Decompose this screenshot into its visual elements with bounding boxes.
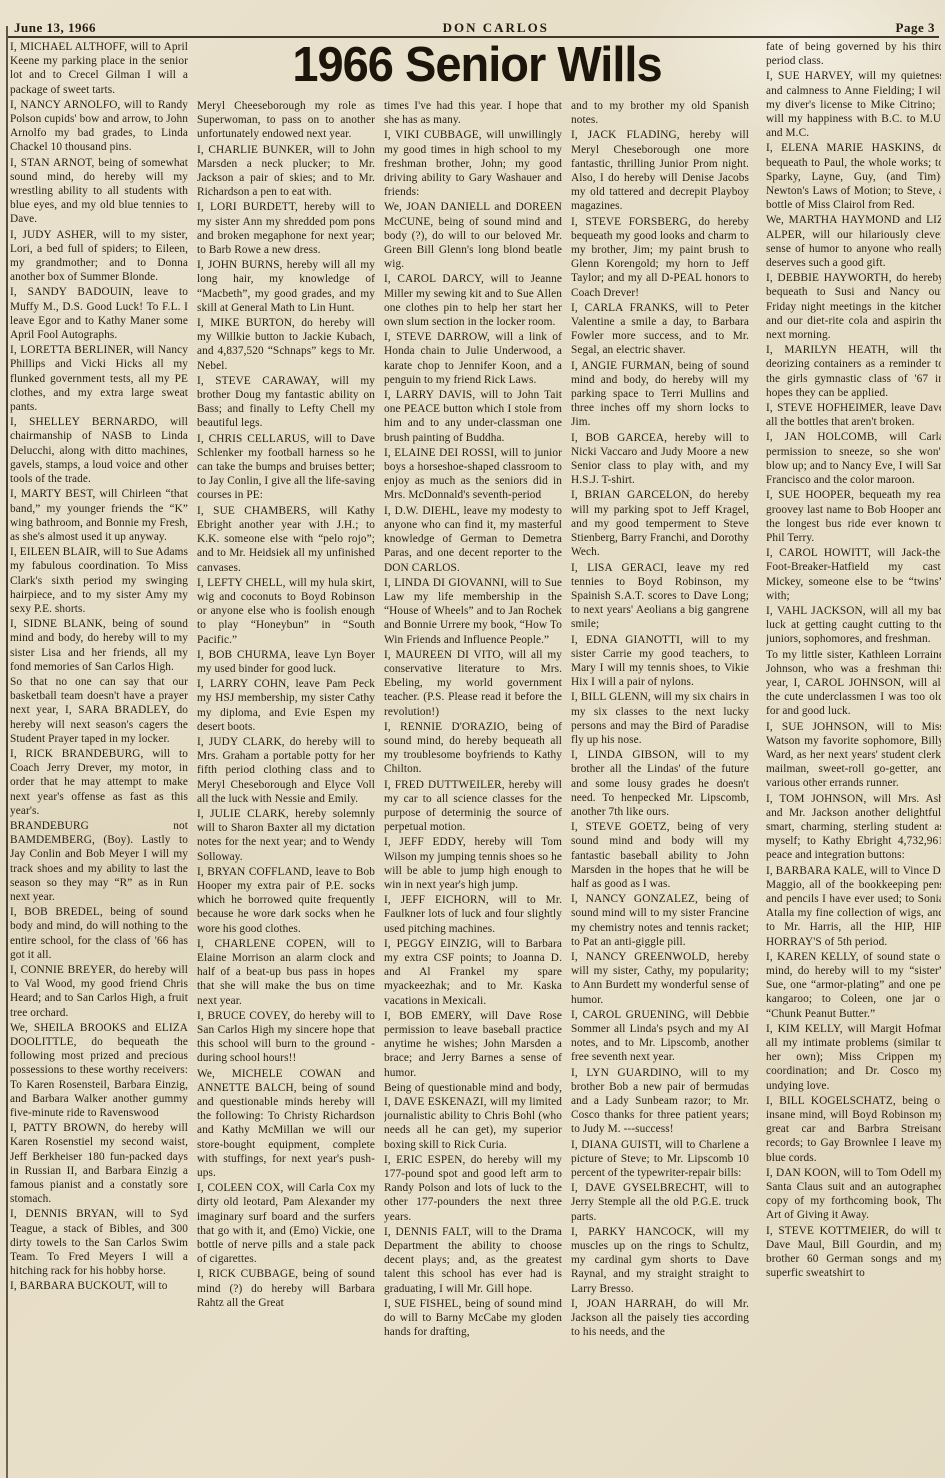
will-paragraph: I, SANDY BADOUIN, leave to Muffy M., D.S…: [10, 285, 188, 342]
will-paragraph: I, JAN HOLCOMB, will Carla permission to…: [766, 430, 941, 487]
will-paragraph: I, STEVE CARAWAY, will my brother Doug m…: [197, 374, 375, 431]
will-paragraph: I, DAVE GYSELBRECHT, will to Jerry Stemp…: [571, 1181, 749, 1224]
will-paragraph: BRANDEBURG not BAMDEMBERG, (Boy). Lastly…: [10, 819, 188, 904]
will-paragraph: I, CARLA FRANKS, will to Peter Valentine…: [571, 301, 749, 358]
will-paragraph: I, STEVE DARROW, will a link of Honda ch…: [384, 330, 562, 387]
will-paragraph: I, SUE HARVEY, will my quietness and cal…: [766, 69, 941, 140]
will-paragraph: I, JOHN BURNS, hereby will all my long h…: [197, 258, 375, 315]
will-paragraph: I, ELAINE DEI ROSSI, will to junior boys…: [384, 446, 562, 503]
will-paragraph: I, EDNA GIANOTTI, will to my sister Carr…: [571, 633, 749, 690]
column-2: Meryl Cheeseborough my role as Superwoma…: [197, 99, 375, 1478]
will-paragraph: I, MARILYN HEATH, will the deorizing con…: [766, 343, 941, 400]
will-paragraph: I, BOB EMERY, will Dave Rose permission …: [384, 1009, 562, 1080]
will-paragraph: I, CAROL DARCY, will to Jeanne Miller my…: [384, 272, 562, 329]
will-paragraph: So that no one can say that our basketba…: [10, 675, 188, 746]
will-paragraph: I, MAUREEN DI VITO, will all my conserva…: [384, 648, 562, 719]
will-paragraph: I, BARBARA KALE, will to Vince Di Maggio…: [766, 864, 941, 949]
will-paragraph: I, PEGGY EINZIG, will to Barbara my extr…: [384, 937, 562, 1008]
will-paragraph: I, CONNIE BREYER, do hereby will to Val …: [10, 963, 188, 1020]
will-paragraph: We, SHEILA BROOKS and ELIZA DOOLITTLE, d…: [10, 1021, 188, 1120]
will-paragraph: We, JOAN DANIELL and DOREEN McCUNE, bein…: [384, 200, 562, 271]
will-paragraph: I, CAROL HOWITT, will Jack-the-Foot-Brea…: [766, 546, 941, 603]
will-paragraph: I, TOM JOHNSON, will Mrs. Ash and Mr. Ja…: [766, 792, 941, 863]
will-paragraph: I, PARKY HANCOCK, will my muscles up on …: [571, 1225, 749, 1296]
will-paragraph: I, VAHL JACKSON, will all my bad luck at…: [766, 604, 941, 647]
will-paragraph: I, MIKE BURTON, do hereby will my Willki…: [197, 316, 375, 373]
will-paragraph: I, STEVE FORSBERG, do hereby bequeath my…: [571, 215, 749, 300]
will-paragraph: I, STEVE HOFHEIMER, leave Dave all the b…: [766, 401, 941, 429]
column-3: times I've had this year. I hope that sh…: [384, 99, 562, 1478]
will-paragraph: I, DEBBIE HAYWORTH, do hereby bequeath t…: [766, 271, 941, 342]
will-paragraph: I, COLEEN COX, will Carla Cox my dirty o…: [197, 1181, 375, 1266]
newspaper-page: June 13, 1966 DON CARLOS Page 3 I, MICHA…: [0, 0, 945, 1478]
will-paragraph: I, BRYAN COFFLAND, leave to Bob Hooper m…: [197, 865, 375, 936]
will-paragraph: I, SIDNE BLANK, being of sound mind and …: [10, 617, 188, 674]
will-paragraph: I, JEFF EICHORN, will to Mr. Faulkner lo…: [384, 893, 562, 936]
will-paragraph: I, JEFF EDDY, hereby will Tom Wilson my …: [384, 835, 562, 892]
will-paragraph: I, BRIAN GARCELON, do hereby will my par…: [571, 488, 749, 559]
article-body: I, MICHAEL ALTHOFF, will to April Keene …: [10, 40, 941, 1478]
center-columns: Meryl Cheeseborough my role as Superwoma…: [197, 99, 757, 1478]
will-paragraph: I, LORETTA BERLINER, will Nancy Phillips…: [10, 343, 188, 414]
will-paragraph: I, ANGIE FURMAN, being of sound mind and…: [571, 359, 749, 430]
will-paragraph: To my little sister, Kathleen Lorraine J…: [766, 648, 941, 719]
will-paragraph: I, CAROL GRUENING, will Debbie Sommer al…: [571, 1008, 749, 1065]
will-paragraph: Meryl Cheeseborough my role as Superwoma…: [197, 99, 375, 142]
will-paragraph: I, JUDY CLARK, do hereby will to Mrs. Gr…: [197, 735, 375, 806]
will-paragraph: Being of questionable mind and body, I, …: [384, 1081, 562, 1152]
will-paragraph: I, RICK CUBBAGE, being of sound mind (?)…: [197, 1267, 375, 1310]
will-paragraph: I, CHARLIE BUNKER, will to John Marsden …: [197, 143, 375, 200]
will-paragraph: I, KIM KELLY, will Margit Hofman all my …: [766, 1022, 941, 1093]
will-paragraph: I, SHELLEY BERNARDO, will chairmanship o…: [10, 415, 188, 486]
will-paragraph: I, SUE JOHNSON, will to Miss Watson my f…: [766, 720, 941, 791]
will-paragraph: I, LARRY COHN, leave Pam Peck my HSJ mem…: [197, 677, 375, 734]
will-paragraph: I, JUDY ASHER, will to my sister, Lori, …: [10, 228, 188, 285]
will-paragraph: I, RICK BRANDEBURG, will to Coach Jerry …: [10, 747, 188, 818]
will-paragraph: I, SUE HOOPER, bequeath my real groovey …: [766, 488, 941, 545]
will-paragraph: I, LORI BURDETT, hereby will to my siste…: [197, 200, 375, 257]
headline: 1966 Senior Wills: [197, 40, 757, 92]
will-paragraph: I, JOAN HARRAH, do will Mr. Jackson all …: [571, 1297, 749, 1340]
will-paragraph: I, ERIC ESPEN, do hereby will my 177-pou…: [384, 1153, 562, 1224]
will-paragraph: I, DAN KOON, will to Tom Odell my Santa …: [766, 1166, 941, 1223]
masthead-title: DON CARLOS: [443, 20, 549, 36]
will-paragraph: I, DENNIS FALT, will to the Drama Depart…: [384, 1225, 562, 1296]
will-paragraph: I, MARTY BEST, will Chirleen “that band,…: [10, 487, 188, 544]
will-paragraph: We, MICHELE COWAN and ANNETTE BALCH, bei…: [197, 1067, 375, 1181]
will-paragraph: I, STEVE KOTTMEIER, do will to Dave Maul…: [766, 1224, 941, 1281]
will-paragraph: I, BRUCE COVEY, do hereby will to San Ca…: [197, 1009, 375, 1066]
will-paragraph: I, DIANA GUISTI, will to Charlene a pict…: [571, 1138, 749, 1181]
will-paragraph: I, EILEEN BLAIR, will to Sue Adams my fa…: [10, 545, 188, 616]
will-paragraph: I, CHRIS CELLARUS, will to Dave Schlenke…: [197, 432, 375, 503]
will-paragraph: I, LINDA GIBSON, will to my brother all …: [571, 748, 749, 819]
will-paragraph: I, LEFTY CHELL, will my hula skirt, wig …: [197, 576, 375, 647]
will-paragraph: I, NANCY GREENWOLD, hereby will my siste…: [571, 950, 749, 1007]
will-paragraph: I, CHARLENE COPEN, will to Elaine Morris…: [197, 937, 375, 1008]
will-paragraph: I, STEVE GOETZ, being of very sound mind…: [571, 820, 749, 891]
will-paragraph: fate of being governed by his third peri…: [766, 40, 941, 68]
will-paragraph: I, JACK FLADING, hereby will Meryl Chese…: [571, 128, 749, 213]
will-paragraph: I, D.W. DIEHL, leave my modesty to anyon…: [384, 504, 562, 575]
will-paragraph: I, DENNIS BRYAN, will to Syd Teague, a s…: [10, 1207, 188, 1278]
will-paragraph: I, BILL GLENN, will my six chairs in my …: [571, 690, 749, 747]
will-paragraph: I, SUE CHAMBERS, will Kathy Ebright anot…: [197, 504, 375, 575]
page-edge-line: [6, 26, 8, 1478]
will-paragraph: We, MARTHA HAYMOND and LIZ ALPER, will o…: [766, 213, 941, 270]
will-paragraph: I, BARBARA BUCKOUT, will to: [10, 1279, 188, 1293]
will-paragraph: I, MICHAEL ALTHOFF, will to April Keene …: [10, 40, 188, 97]
will-paragraph: I, LARRY DAVIS, will to John Tait one PE…: [384, 388, 562, 445]
will-paragraph: and to my brother my old Spanish notes.: [571, 99, 749, 127]
issue-date: June 13, 1966: [14, 20, 96, 36]
will-paragraph: I, PATTY BROWN, do hereby will Karen Ros…: [10, 1121, 188, 1206]
will-paragraph: times I've had this year. I hope that sh…: [384, 99, 562, 127]
will-paragraph: I, STAN ARNOT, being of somewhat sound m…: [10, 156, 188, 227]
header-rule: [8, 36, 939, 38]
will-paragraph: I, NANCY GONZALEZ, being of sound mind w…: [571, 892, 749, 949]
column-5: fate of being governed by his third peri…: [766, 40, 941, 1478]
will-paragraph: I, RENNIE D'ORAZIO, being of sound mind,…: [384, 720, 562, 777]
center-section: 1966 Senior Wills Meryl Cheeseborough my…: [197, 40, 757, 1478]
will-paragraph: I, BOB CHURMA, leave Lyn Boyer my used b…: [197, 648, 375, 676]
will-paragraph: I, JULIE CLARK, hereby solemnly will to …: [197, 807, 375, 864]
column-4: and to my brother my old Spanish notes.I…: [571, 99, 749, 1478]
page-number: Page 3: [896, 20, 935, 36]
will-paragraph: I, KAREN KELLY, of sound state of mind, …: [766, 950, 941, 1021]
column-1: I, MICHAEL ALTHOFF, will to April Keene …: [10, 40, 188, 1478]
will-paragraph: I, BOB BREDEL, being of sound body and m…: [10, 905, 188, 962]
will-paragraph: I, NANCY ARNOLFO, will to Randy Polson c…: [10, 98, 188, 155]
will-paragraph: I, LISA GERACI, leave my red tennies to …: [571, 561, 749, 632]
will-paragraph: I, BILL KOGELSCHATZ, being of insane min…: [766, 1094, 941, 1165]
will-paragraph: I, BOB GARCEA, hereby will to Nicki Vacc…: [571, 431, 749, 488]
will-paragraph: I, LINDA DI GIOVANNI, will to Sue Law my…: [384, 576, 562, 647]
will-paragraph: I, LYN GUARDINO, will to my brother Bob …: [571, 1066, 749, 1137]
will-paragraph: I, ELENA MARIE HASKINS, do bequeath to P…: [766, 141, 941, 212]
will-paragraph: I, FRED DUTTWEILER, hereby will my car t…: [384, 778, 562, 835]
will-paragraph: I, VIKI CUBBAGE, will unwillingly my goo…: [384, 128, 562, 199]
masthead-row: June 13, 1966 DON CARLOS Page 3: [14, 20, 935, 36]
will-paragraph: I, SUE FISHEL, being of sound mind do wi…: [384, 1297, 562, 1340]
